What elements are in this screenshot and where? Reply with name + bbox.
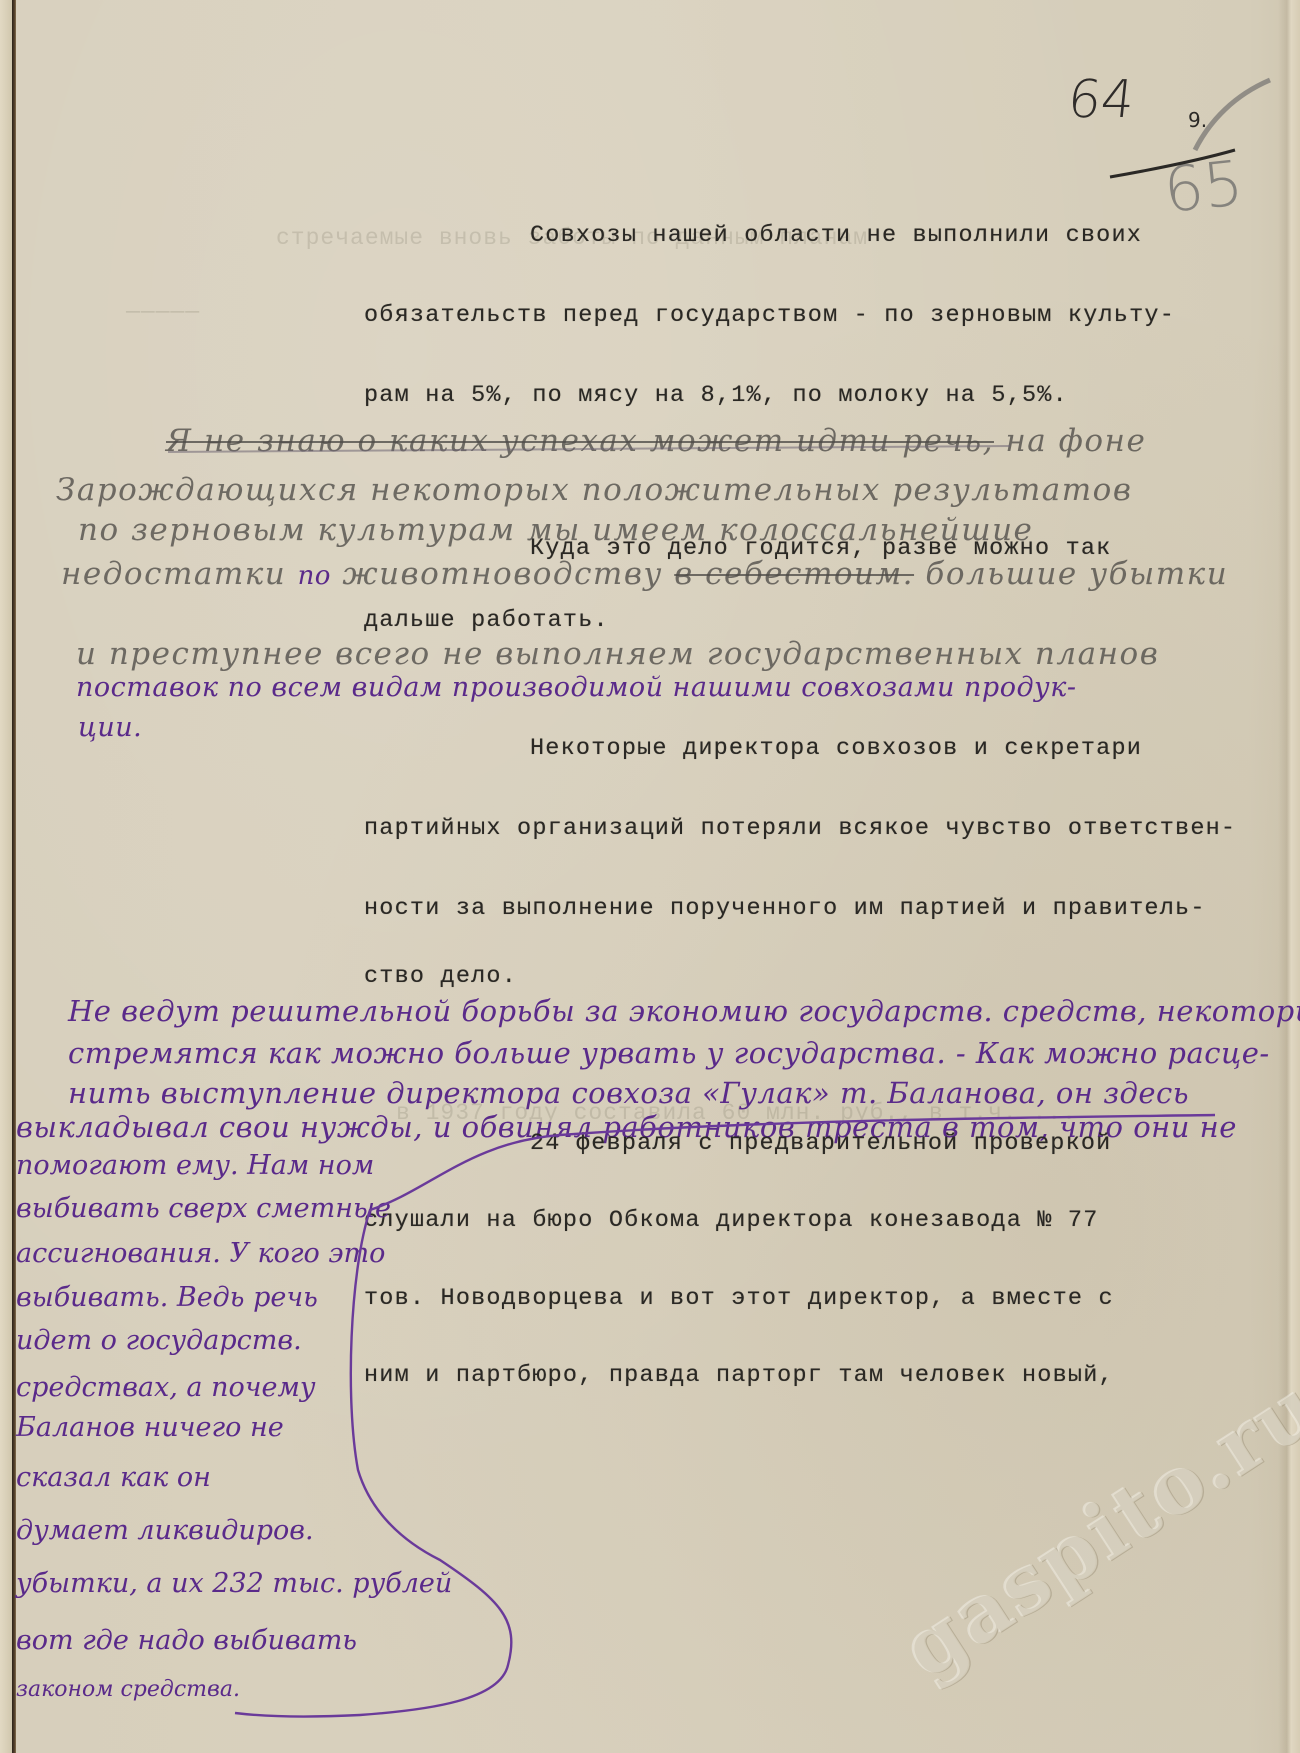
strike-line [168, 446, 1010, 452]
folio-pencil-stroke [1195, 80, 1270, 150]
annotation-strokes [0, 0, 1300, 1753]
enclosing-loop-line [235, 1115, 1215, 1716]
folio-strike-line [1110, 150, 1235, 177]
